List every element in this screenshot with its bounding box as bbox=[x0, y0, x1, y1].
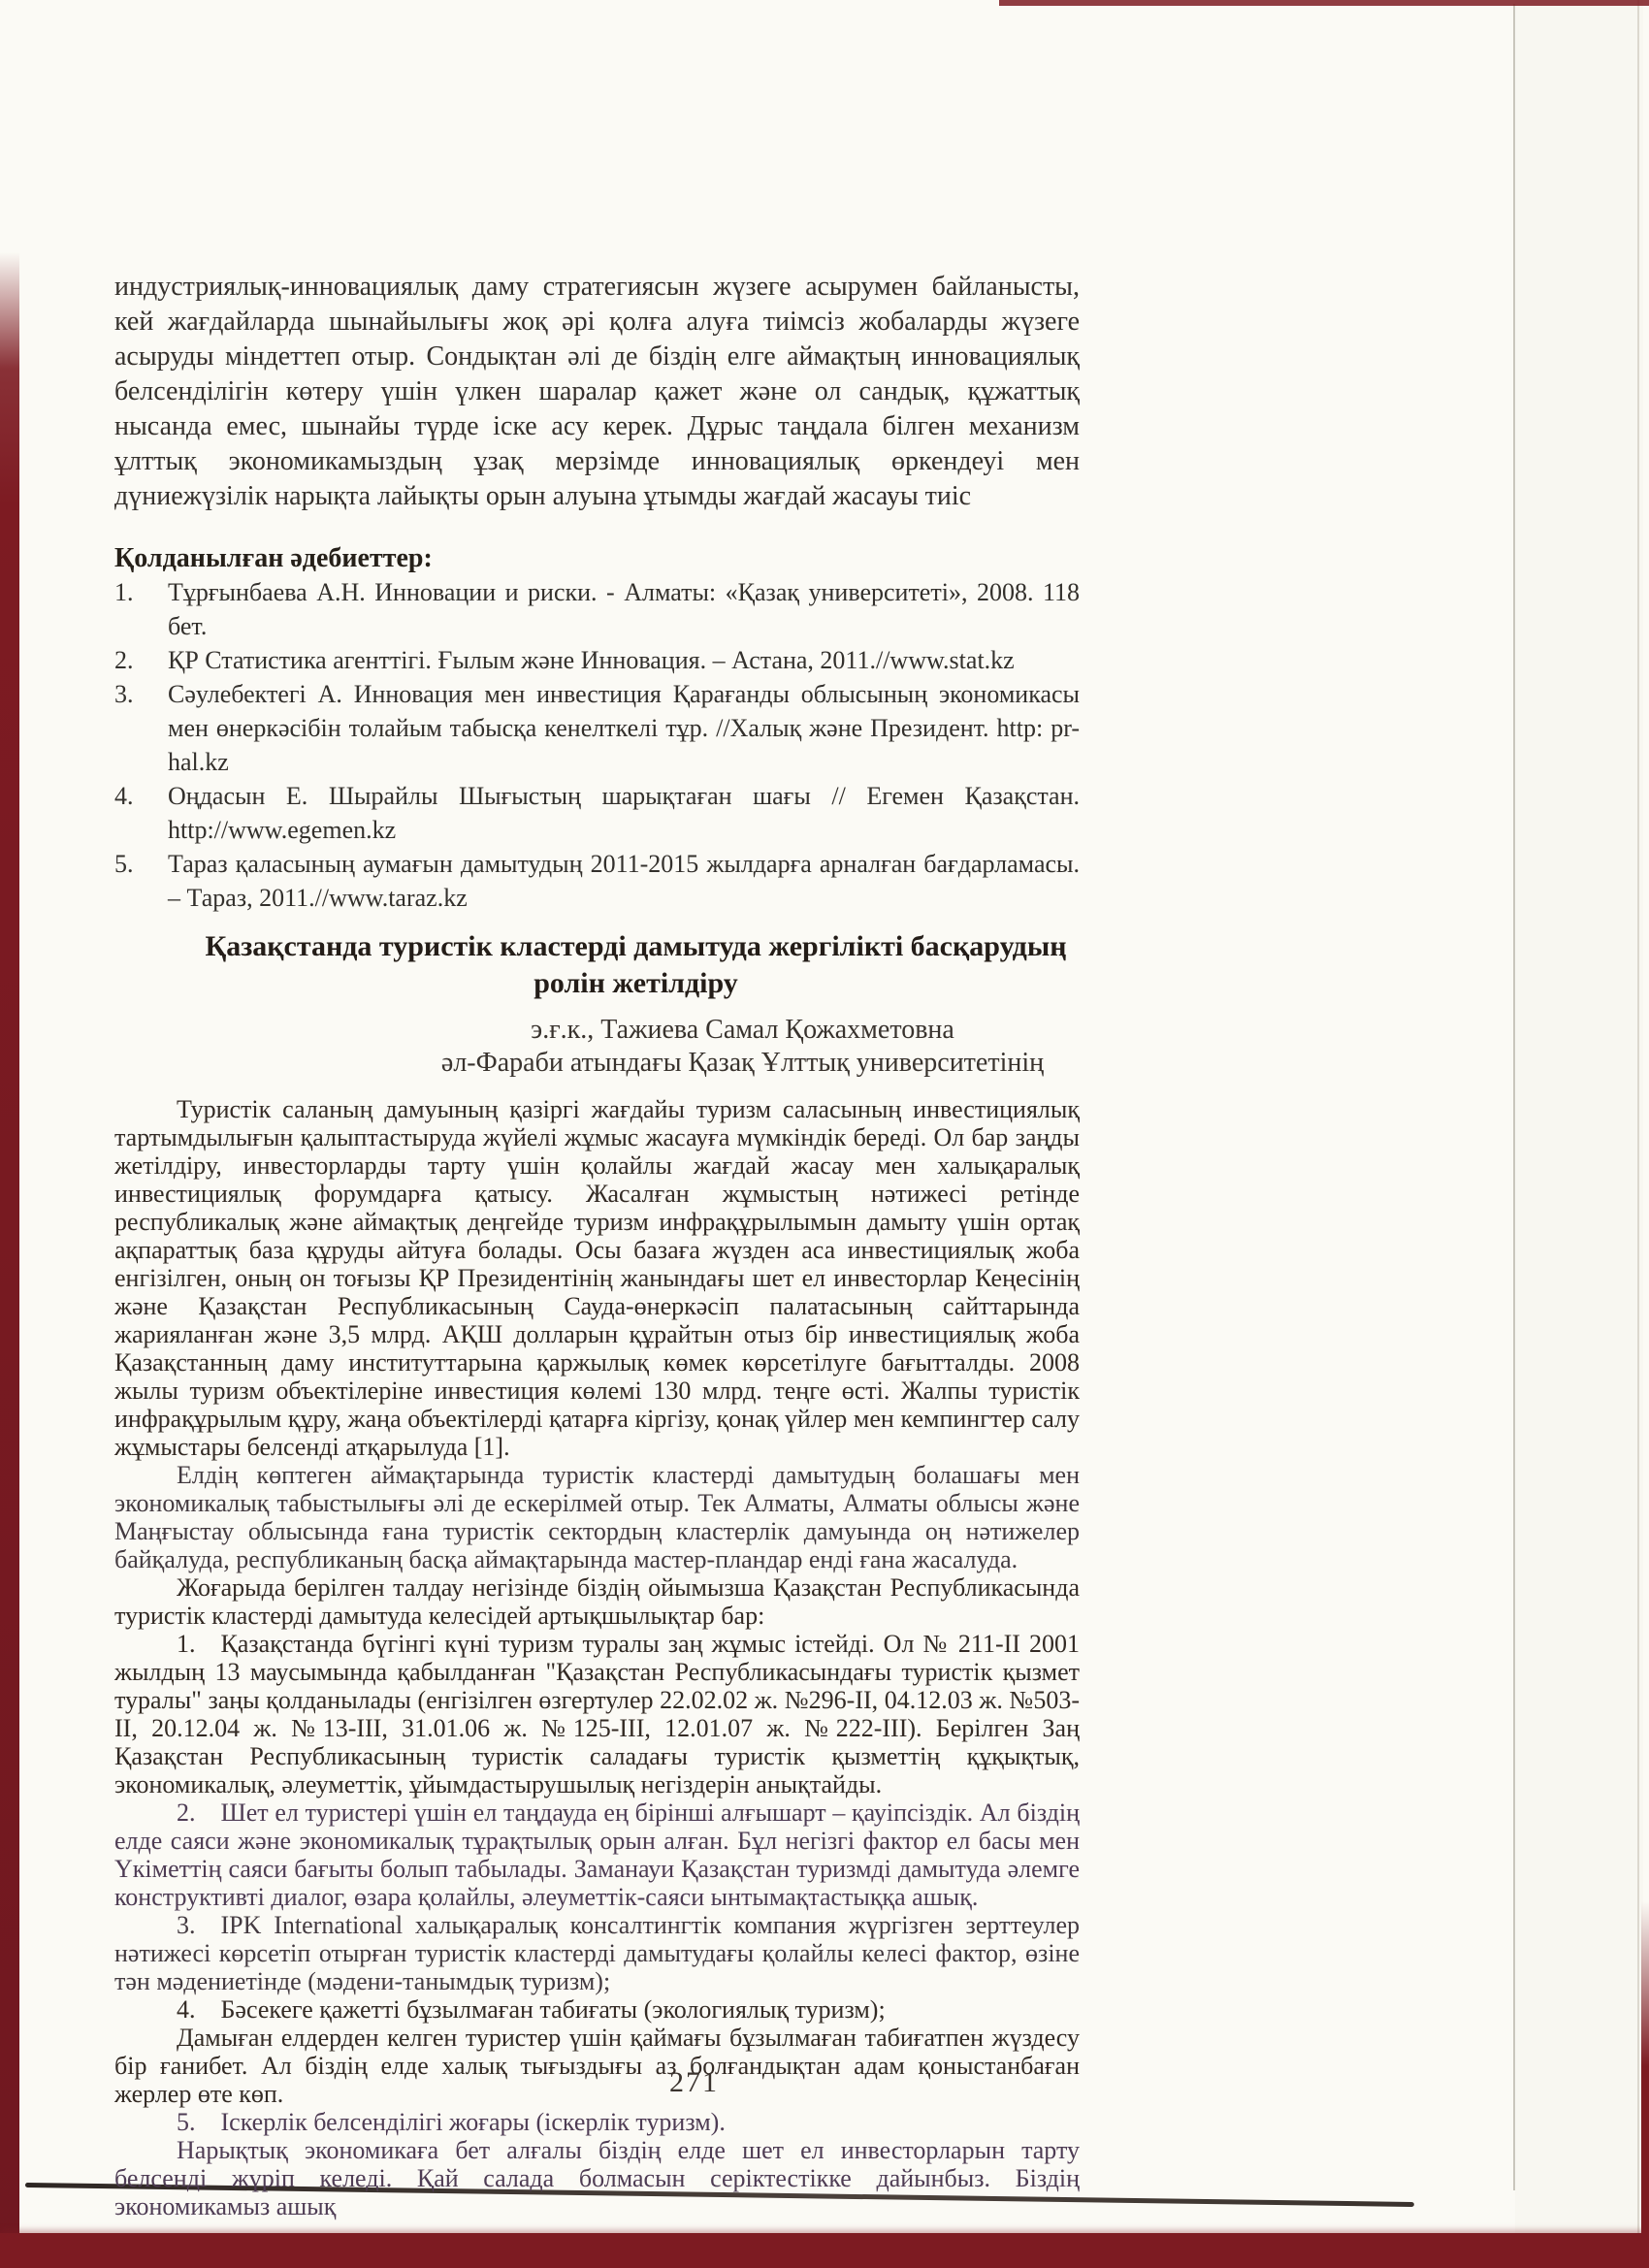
page-edge-line bbox=[1513, 4, 1515, 2190]
numbered-item: 1.Қазақстанда бүгінгі күні туризм туралы… bbox=[114, 1630, 1080, 1798]
article-title: Қазақстанда туристік кластерді дамытуда … bbox=[114, 928, 1080, 1002]
references-heading: Қолданылған әдебиеттер: bbox=[114, 541, 1080, 575]
article-body: Туристік саланың дамуының қазіргі жағдай… bbox=[114, 1095, 1080, 2220]
reference-number: 2. bbox=[114, 643, 168, 677]
page-content: индустриялық-инновациялық даму стратегия… bbox=[114, 243, 1080, 2220]
reference-text: Оңдасын Е. Шырайлы Шығыстың шарықтаған ш… bbox=[168, 779, 1080, 847]
reference-item: 4. Оңдасын Е. Шырайлы Шығыстың шарықтаға… bbox=[114, 779, 1080, 847]
page-edge-line-secondary bbox=[1637, 0, 1639, 2237]
reference-number: 3. bbox=[114, 677, 168, 779]
reference-text: Тараз қаласының аумағын дамытудың 2011-2… bbox=[168, 847, 1080, 915]
reference-text: ҚР Статистика агенттігі. Ғылым және Инно… bbox=[168, 643, 1080, 677]
reference-number: 1. bbox=[114, 575, 168, 643]
item-number: 2. bbox=[177, 1798, 196, 1827]
body-paragraph: Елдің көптеген аймақтарында туристік кла… bbox=[114, 1461, 1080, 1573]
reference-item: 3. Сәулебектегі А. Инновация мен инвести… bbox=[114, 677, 1080, 779]
numbered-item: 2.Шет ел туристері үшін ел таңдауда ең б… bbox=[114, 1798, 1080, 1911]
body-paragraph: Нарықтық экономикаға бет алғалы біздің е… bbox=[114, 2136, 1080, 2220]
scan-top-edge bbox=[999, 0, 1649, 6]
item-number: 3. bbox=[177, 1911, 196, 1939]
scanned-page: индустриялық-инновациялық даму стратегия… bbox=[0, 0, 1649, 2268]
reference-number: 4. bbox=[114, 779, 168, 847]
author-block: э.ғ.к., Тажиева Самал Қожахметовна әл-Фа… bbox=[114, 1014, 1080, 1080]
scan-right-edge bbox=[1641, 1901, 1649, 2268]
body-paragraph: Туристік саланың дамуының қазіргі жағдай… bbox=[114, 1095, 1080, 1461]
references-list: 1. Тұрғынбаева А.Н. Инновации и риски. -… bbox=[114, 575, 1080, 915]
item-number: 4. bbox=[177, 1995, 196, 2024]
item-text: Шет ел туристері үшін ел таңдауда ең бір… bbox=[114, 1798, 1080, 1911]
item-text: Қазақстанда бүгінгі күні туризм туралы з… bbox=[114, 1630, 1080, 1798]
book-gutter-strip bbox=[1515, 0, 1643, 2268]
item-number: 1. bbox=[177, 1630, 196, 1658]
reference-item: 2. ҚР Статистика агенттігі. Ғылым және И… bbox=[114, 643, 1080, 677]
numbered-item: 4.Бәсекеге қажетті бұзылмаған табиғаты (… bbox=[114, 1995, 1080, 2024]
affiliation-line: әл-Фараби атындағы Қазақ Ұлттық универси… bbox=[405, 1047, 1080, 1080]
scan-left-edge bbox=[0, 0, 19, 2268]
item-text: IPK International халықаралық консалтинг… bbox=[114, 1911, 1080, 1995]
reference-item: 1. Тұрғынбаева А.Н. Инновации и риски. -… bbox=[114, 575, 1080, 643]
scan-bottom-edge bbox=[0, 2233, 1649, 2268]
body-paragraph: Жоғарыда берілген талдау негізінде бізді… bbox=[114, 1573, 1080, 1630]
reference-text: Тұрғынбаева А.Н. Инновации и риски. - Ал… bbox=[168, 575, 1080, 643]
item-text: Бәсекеге қажетті бұзылмаған табиғаты (эк… bbox=[221, 1995, 886, 2024]
page-number: 271 bbox=[669, 2066, 719, 2099]
reference-number: 5. bbox=[114, 847, 168, 915]
numbered-item: 3.IPK International халықаралық консалти… bbox=[114, 1911, 1080, 1995]
reference-text: Сәулебектегі А. Инновация мен инвестиция… bbox=[168, 677, 1080, 779]
body-paragraph: Дамыған елдерден келген туристер үшін қа… bbox=[114, 2024, 1080, 2108]
numbered-item: 5.Іскерлік белсенділігі жоғары (іскерлік… bbox=[114, 2108, 1080, 2136]
reference-item: 5. Тараз қаласының аумағын дамытудың 201… bbox=[114, 847, 1080, 915]
item-number: 5. bbox=[177, 2108, 196, 2136]
continued-paragraph: индустриялық-инновациялық даму стратегия… bbox=[114, 270, 1080, 514]
item-text: Іскерлік белсенділігі жоғары (іскерлік т… bbox=[221, 2108, 726, 2136]
author-line: э.ғ.к., Тажиева Самал Қожахметовна bbox=[405, 1014, 1080, 1047]
